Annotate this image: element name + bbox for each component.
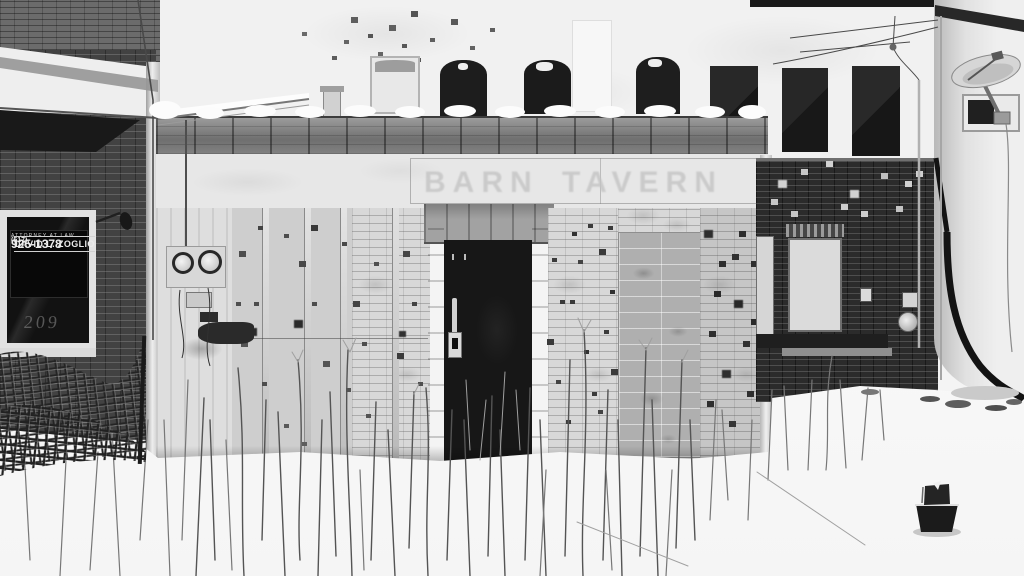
snow-fence [0, 336, 146, 476]
thick-cable [947, 232, 1024, 399]
detail-overlay [0, 0, 1024, 576]
weeds-mid [24, 356, 884, 576]
right-roof-strip [935, 5, 1024, 32]
awning-stripe [0, 57, 158, 92]
meter-wire-1 [179, 290, 184, 358]
photo-abandoned-tavern: DAVID L. ZOGLIO ATTORNEY AT LAW (517) 92… [0, 0, 1024, 576]
roof-snow-edge [158, 93, 309, 118]
snow-drift-right [951, 386, 1019, 400]
meter-wire-2 [207, 288, 210, 366]
overhead-wires [773, 16, 938, 80]
satellite-dish [949, 49, 1024, 352]
wire-junction [890, 44, 897, 51]
corner-conduit [138, 0, 153, 340]
bucket [913, 481, 961, 537]
weeds-light [292, 318, 865, 566]
wall-lamp-arm [96, 213, 120, 222]
wall-lamp-head [118, 211, 134, 231]
